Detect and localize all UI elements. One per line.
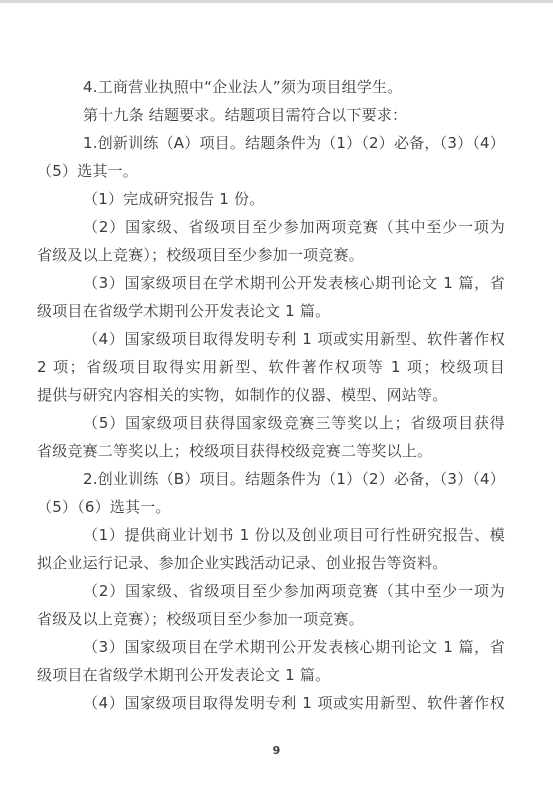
- text-line: （1）完成研究报告 1 份。: [37, 185, 505, 213]
- text-line: 2 项；省级项目取得实用新型、软件著作权项等 1 项；校级项目: [37, 353, 505, 381]
- text-line: （4）国家级项目取得发明专利 1 项或实用新型、软件著作权: [37, 325, 505, 353]
- text-line: 1.创新训练（A）项目。结题条件为（1）（2）必备，（3）（4）: [37, 129, 505, 157]
- text-line: （5）（6）选其一。: [37, 493, 505, 521]
- text-line: （5）选其一。: [37, 157, 505, 185]
- document-body: 4.工商营业执照中“企业法人”须为项目组学生。第十九条 结题要求。结题项目需符合…: [37, 73, 505, 717]
- viewport-top-edge: [0, 0, 553, 3]
- text-line: （2）国家级、省级项目至少参加两项竞赛（其中至少一项为: [37, 577, 505, 605]
- text-line: 省级及以上竞赛）；校级项目至少参加一项竞赛。: [37, 241, 505, 269]
- text-line: 2.创业训练（B）项目。结题条件为（1）（2）必备，（3）（4）: [37, 465, 505, 493]
- page-number: 9: [0, 744, 553, 757]
- text-line: （3）国家级项目在学术期刊公开发表核心期刊论文 1 篇，省: [37, 633, 505, 661]
- text-line: （4）国家级项目取得发明专利 1 项或实用新型、软件著作权: [37, 689, 505, 717]
- text-line: 拟企业运行记录、参加企业实践活动记录、创业报告等资料。: [37, 549, 505, 577]
- text-line: 第十九条 结题要求。结题项目需符合以下要求：: [37, 101, 505, 129]
- text-line: 省级竞赛二等奖以上；校级项目获得校级竞赛二等奖以上。: [37, 437, 505, 465]
- text-line: 级项目在省级学术期刊公开发表论文 1 篇。: [37, 297, 505, 325]
- text-line: 省级及以上竞赛）；校级项目至少参加一项竞赛。: [37, 605, 505, 633]
- text-line: （1）提供商业计划书 1 份以及创业项目可行性研究报告、模: [37, 521, 505, 549]
- text-line: （3）国家级项目在学术期刊公开发表核心期刊论文 1 篇，省: [37, 269, 505, 297]
- text-line: 4.工商营业执照中“企业法人”须为项目组学生。: [37, 73, 505, 101]
- text-line: （5）国家级项目获得国家级竞赛三等奖以上；省级项目获得: [37, 409, 505, 437]
- text-line: （2）国家级、省级项目至少参加两项竞赛（其中至少一项为: [37, 213, 505, 241]
- text-line: 提供与研究内容相关的实物，如制作的仪器、模型、网站等。: [37, 381, 505, 409]
- text-line: 级项目在省级学术期刊公开发表论文 1 篇。: [37, 661, 505, 689]
